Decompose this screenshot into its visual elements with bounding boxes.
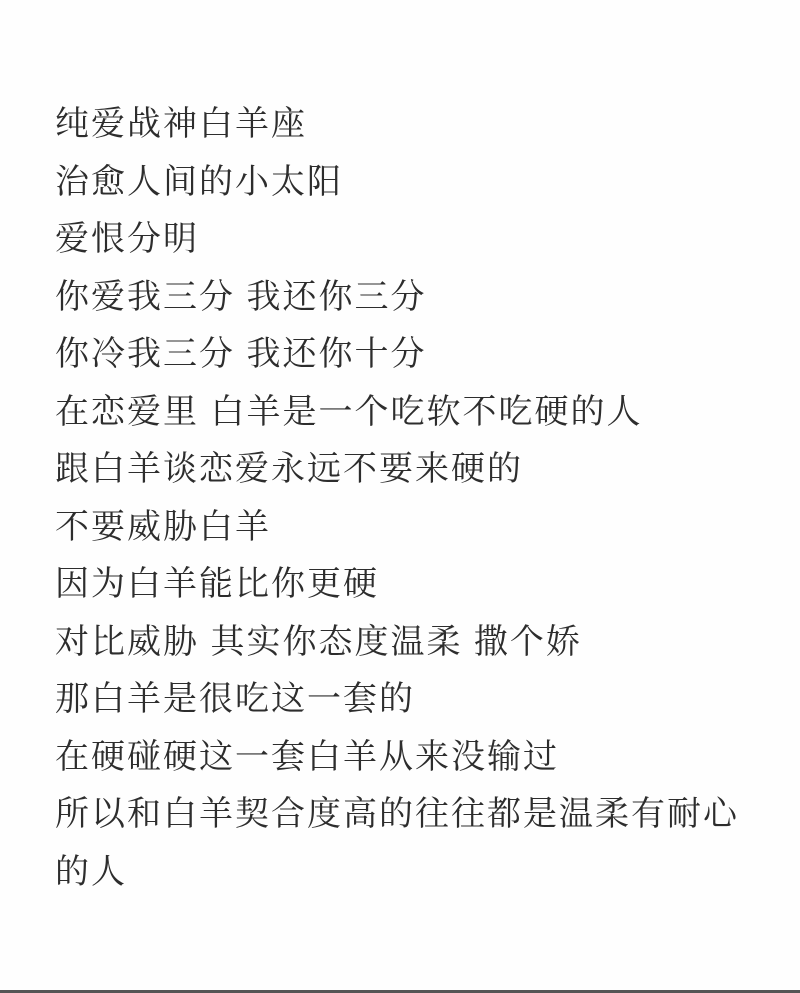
text-line: 的人: [55, 844, 770, 902]
text-line: 对比威胁 其实你态度温柔 撒个娇: [55, 614, 770, 672]
text-line: 你爱我三分 我还你三分: [55, 269, 770, 327]
text-line: 治愈人间的小太阳: [55, 154, 770, 212]
text-line: 爱恨分明: [55, 211, 770, 269]
text-line: 纯爱战神白羊座: [55, 96, 770, 154]
text-line: 那白羊是很吃这一套的: [55, 671, 770, 729]
page: 纯爱战神白羊座 治愈人间的小太阳 爱恨分明 你爱我三分 我还你三分 你冷我三分 …: [0, 0, 800, 993]
text-line: 在恋爱里 白羊是一个吃软不吃硬的人: [55, 384, 770, 442]
text-line: 因为白羊能比你更硬: [55, 556, 770, 614]
text-line: 所以和白羊契合度高的往往都是温柔有耐心: [55, 786, 770, 844]
text-line: 你冷我三分 我还你十分: [55, 326, 770, 384]
text-line: 不要威胁白羊: [55, 499, 770, 557]
text-block: 纯爱战神白羊座 治愈人间的小太阳 爱恨分明 你爱我三分 我还你三分 你冷我三分 …: [55, 96, 770, 901]
text-line: 跟白羊谈恋爱永远不要来硬的: [55, 441, 770, 499]
text-line: 在硬碰硬这一套白羊从来没输过: [55, 729, 770, 787]
